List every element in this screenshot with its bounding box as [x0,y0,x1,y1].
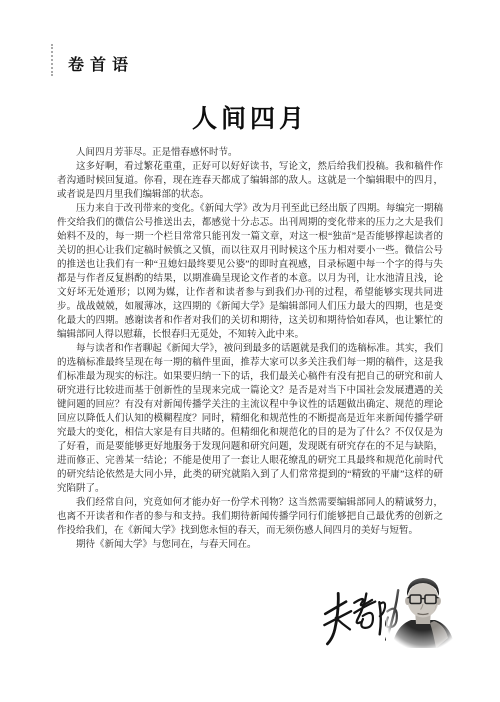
paragraph: 每与读者和作者聊起《新闻大学》，被问到最多的话题就是我们的选稿标准。其实，我们的… [57,342,443,496]
article-body: 人间四月芳菲尽。正是惜春感怀时节。 这多好啊，看过繁花重重，正好可以好好读书，写… [57,146,443,552]
author-photo [386,574,460,648]
paragraph: 期待《新闻大学》与您同在，与春天同在。 [57,538,443,552]
paragraph: 这多好啊，看过繁花重重，正好可以好好读书，写论文，然后给我们投稿。我和稿件作者沟… [57,160,443,202]
paragraph: 压力来自于改刊带来的变化。《新闻大学》改为月刊至此已经出版了四期。每编完一期稿件… [57,202,443,342]
section-label: 卷首语 [68,52,134,75]
dotted-rule [51,44,53,76]
paragraph: 人间四月芳菲尽。正是惜春感怀时节。 [57,146,443,160]
foreword-page: 卷首语 人间四月 人间四月芳菲尽。正是惜春感怀时节。 这多好啊，看过繁花重重，正… [0,0,500,702]
section-header: 卷首语 [51,44,134,76]
paragraph: 我们经常自问，究竟如何才能办好一份学术刊物？这当然需要编辑部同人的精诚努力，也离… [57,496,443,538]
page-title: 人间四月 [0,99,500,135]
signature-block: 朱春阳 [322,574,462,656]
